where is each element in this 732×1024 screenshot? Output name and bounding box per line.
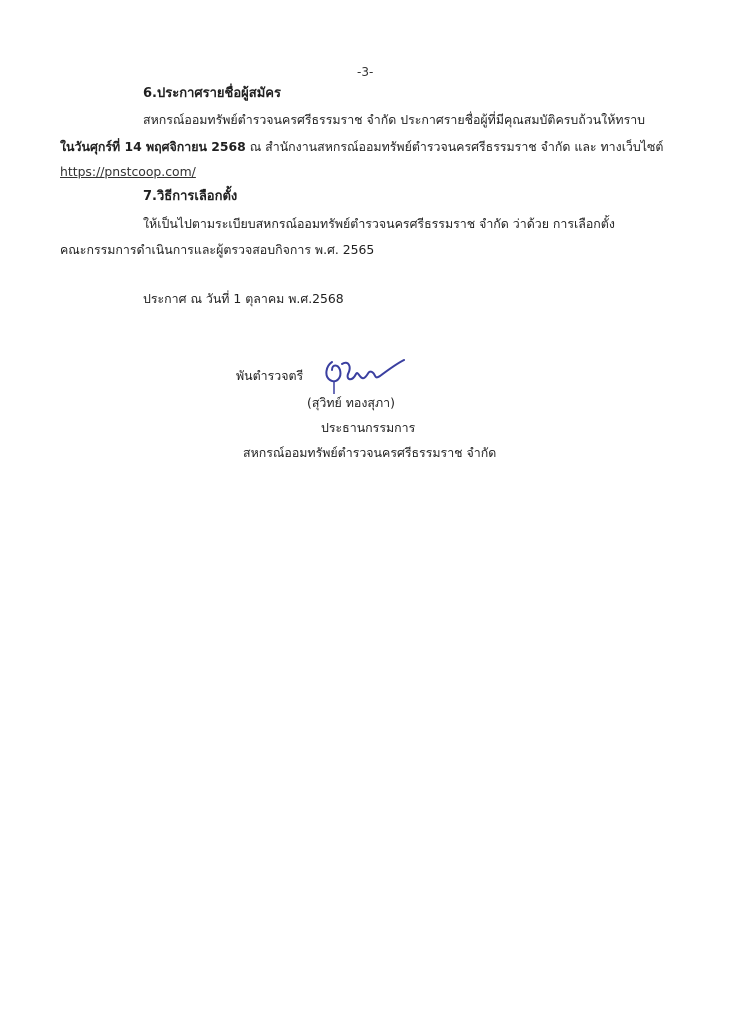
announcement-date: ประกาศ ณ วันที่ 1 ตุลาคม พ.ศ.2568	[143, 291, 344, 307]
signer-rank: พันตำรวจตรี	[236, 368, 303, 384]
signer-organization: สหกรณ์ออมทรัพย์ตำรวจนครศรีธรรมราช จำกัด	[243, 445, 496, 461]
signer-name: (สุวิทย์ ทองสุภา)	[307, 395, 395, 411]
section-6-line-2: ในวันศุกร์ที่ 14 พฤศจิกายน 2568 ณ สำนักง…	[60, 139, 663, 155]
announcement-day: ในวันศุกร์ที่ 14 พฤศจิกายน 2568	[60, 139, 246, 154]
announcement-location: ณ สำนักงานสหกรณ์ออมทรัพย์ตำรวจนครศรีธรรม…	[246, 139, 664, 154]
section-7-line-2: คณะกรรมการดำเนินการและผู้ตรวจสอบกิจการ พ…	[60, 242, 374, 258]
website-link[interactable]: https://pnstcoop.com/	[60, 164, 196, 180]
section-6-heading: 6.ประกาศรายชื่อผู้สมัคร	[143, 86, 281, 102]
section-7-line-1: ให้เป็นไปตามระเบียบสหกรณ์ออมทรัพย์ตำรวจน…	[143, 216, 615, 232]
page-number: -3-	[357, 64, 373, 80]
section-6-line-1: สหกรณ์ออมทรัพย์ตำรวจนครศรีธรรมราช จำกัด …	[143, 112, 645, 128]
signature-image	[318, 352, 408, 396]
section-7-heading: 7.วิธีการเลือกตั้ง	[143, 189, 237, 205]
signer-position: ประธานกรรมการ	[321, 420, 415, 436]
